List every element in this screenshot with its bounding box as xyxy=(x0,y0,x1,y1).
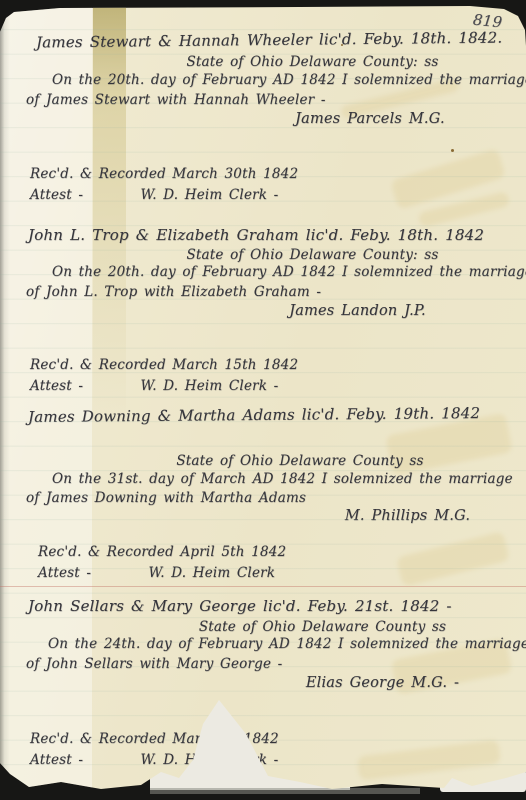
solemnized-line: On the 20th. day of February AD 1842 I s… xyxy=(52,264,526,280)
attest-line: Attest - W. D. Heim Clerk xyxy=(38,565,275,581)
state-county-line: State of Ohio Delaware County ss xyxy=(145,453,455,469)
paper-speck xyxy=(451,149,454,152)
solemnized-line: On the 20th. day of February AD 1842 I s… xyxy=(52,72,526,88)
couple-line: of John L. Trop with Elizabeth Graham - xyxy=(26,284,321,300)
attest-label: Attest - xyxy=(30,378,134,394)
state-county-line: State of Ohio Delaware County ss xyxy=(175,619,470,635)
ink-bleed-through xyxy=(357,739,501,780)
recorded-line: Rec'd. & Recorded April 5th 1842 xyxy=(38,544,286,560)
recorded-line: Rec'd. & Recorded March 30th 1842 xyxy=(30,166,298,182)
officiant-signature: James Parcels M.G. xyxy=(285,111,455,127)
attest-label: Attest - xyxy=(30,187,134,203)
attest-line: Attest - W. D. Heim Clerk - xyxy=(30,378,278,394)
couple-line: of John Sellars with Mary George - xyxy=(26,656,282,672)
officiant-signature: Elias George M.G. - xyxy=(295,675,470,691)
couple-line: of James Downing with Martha Adams xyxy=(26,490,306,506)
ledger-page: 819 James Stewart & Hannah Wheeler lic'd… xyxy=(0,6,526,792)
record-heading: James Downing & Martha Adams lic'd. Feby… xyxy=(28,404,480,426)
ruled-line-red xyxy=(0,586,526,587)
clerk-signature: W. D. Heim Clerk - xyxy=(141,187,279,203)
record-heading: John Sellars & Mary George lic'd. Feby. … xyxy=(28,597,452,615)
solemnized-line: On the 31st. day of March AD 1842 I sole… xyxy=(52,471,513,487)
attest-label: Attest - xyxy=(38,565,142,581)
officiant-signature: M. Phillips M.G. xyxy=(335,508,480,524)
record-heading: James Stewart & Hannah Wheeler lic'd. Fe… xyxy=(36,29,503,52)
record-heading: John L. Trop & Elizabeth Graham lic'd. F… xyxy=(28,226,484,244)
recorded-line: Rec'd. & Recorded March 15th 1842 xyxy=(30,357,298,373)
state-county-line: State of Ohio Delaware County: ss xyxy=(160,247,465,263)
couple-line: of James Stewart with Hannah Wheeler - xyxy=(26,92,326,108)
paper-left-edge-shadow xyxy=(0,6,10,792)
solemnized-line: On the 24th. day of February AD 1842 I s… xyxy=(48,636,526,652)
attest-line: Attest - W. D. Heim Clerk - xyxy=(30,187,278,203)
attest-label: Attest - xyxy=(30,752,134,768)
ink-bleed-through xyxy=(396,531,510,587)
officiant-signature: James Landon J.P. xyxy=(280,303,435,319)
paper-light-strip xyxy=(0,6,92,792)
clerk-signature: W. D. Heim Clerk xyxy=(149,565,276,581)
state-county-line: State of Ohio Delaware County: ss xyxy=(165,54,460,70)
next-page-edge xyxy=(150,788,420,794)
clerk-signature: W. D. Heim Clerk - xyxy=(141,378,279,394)
